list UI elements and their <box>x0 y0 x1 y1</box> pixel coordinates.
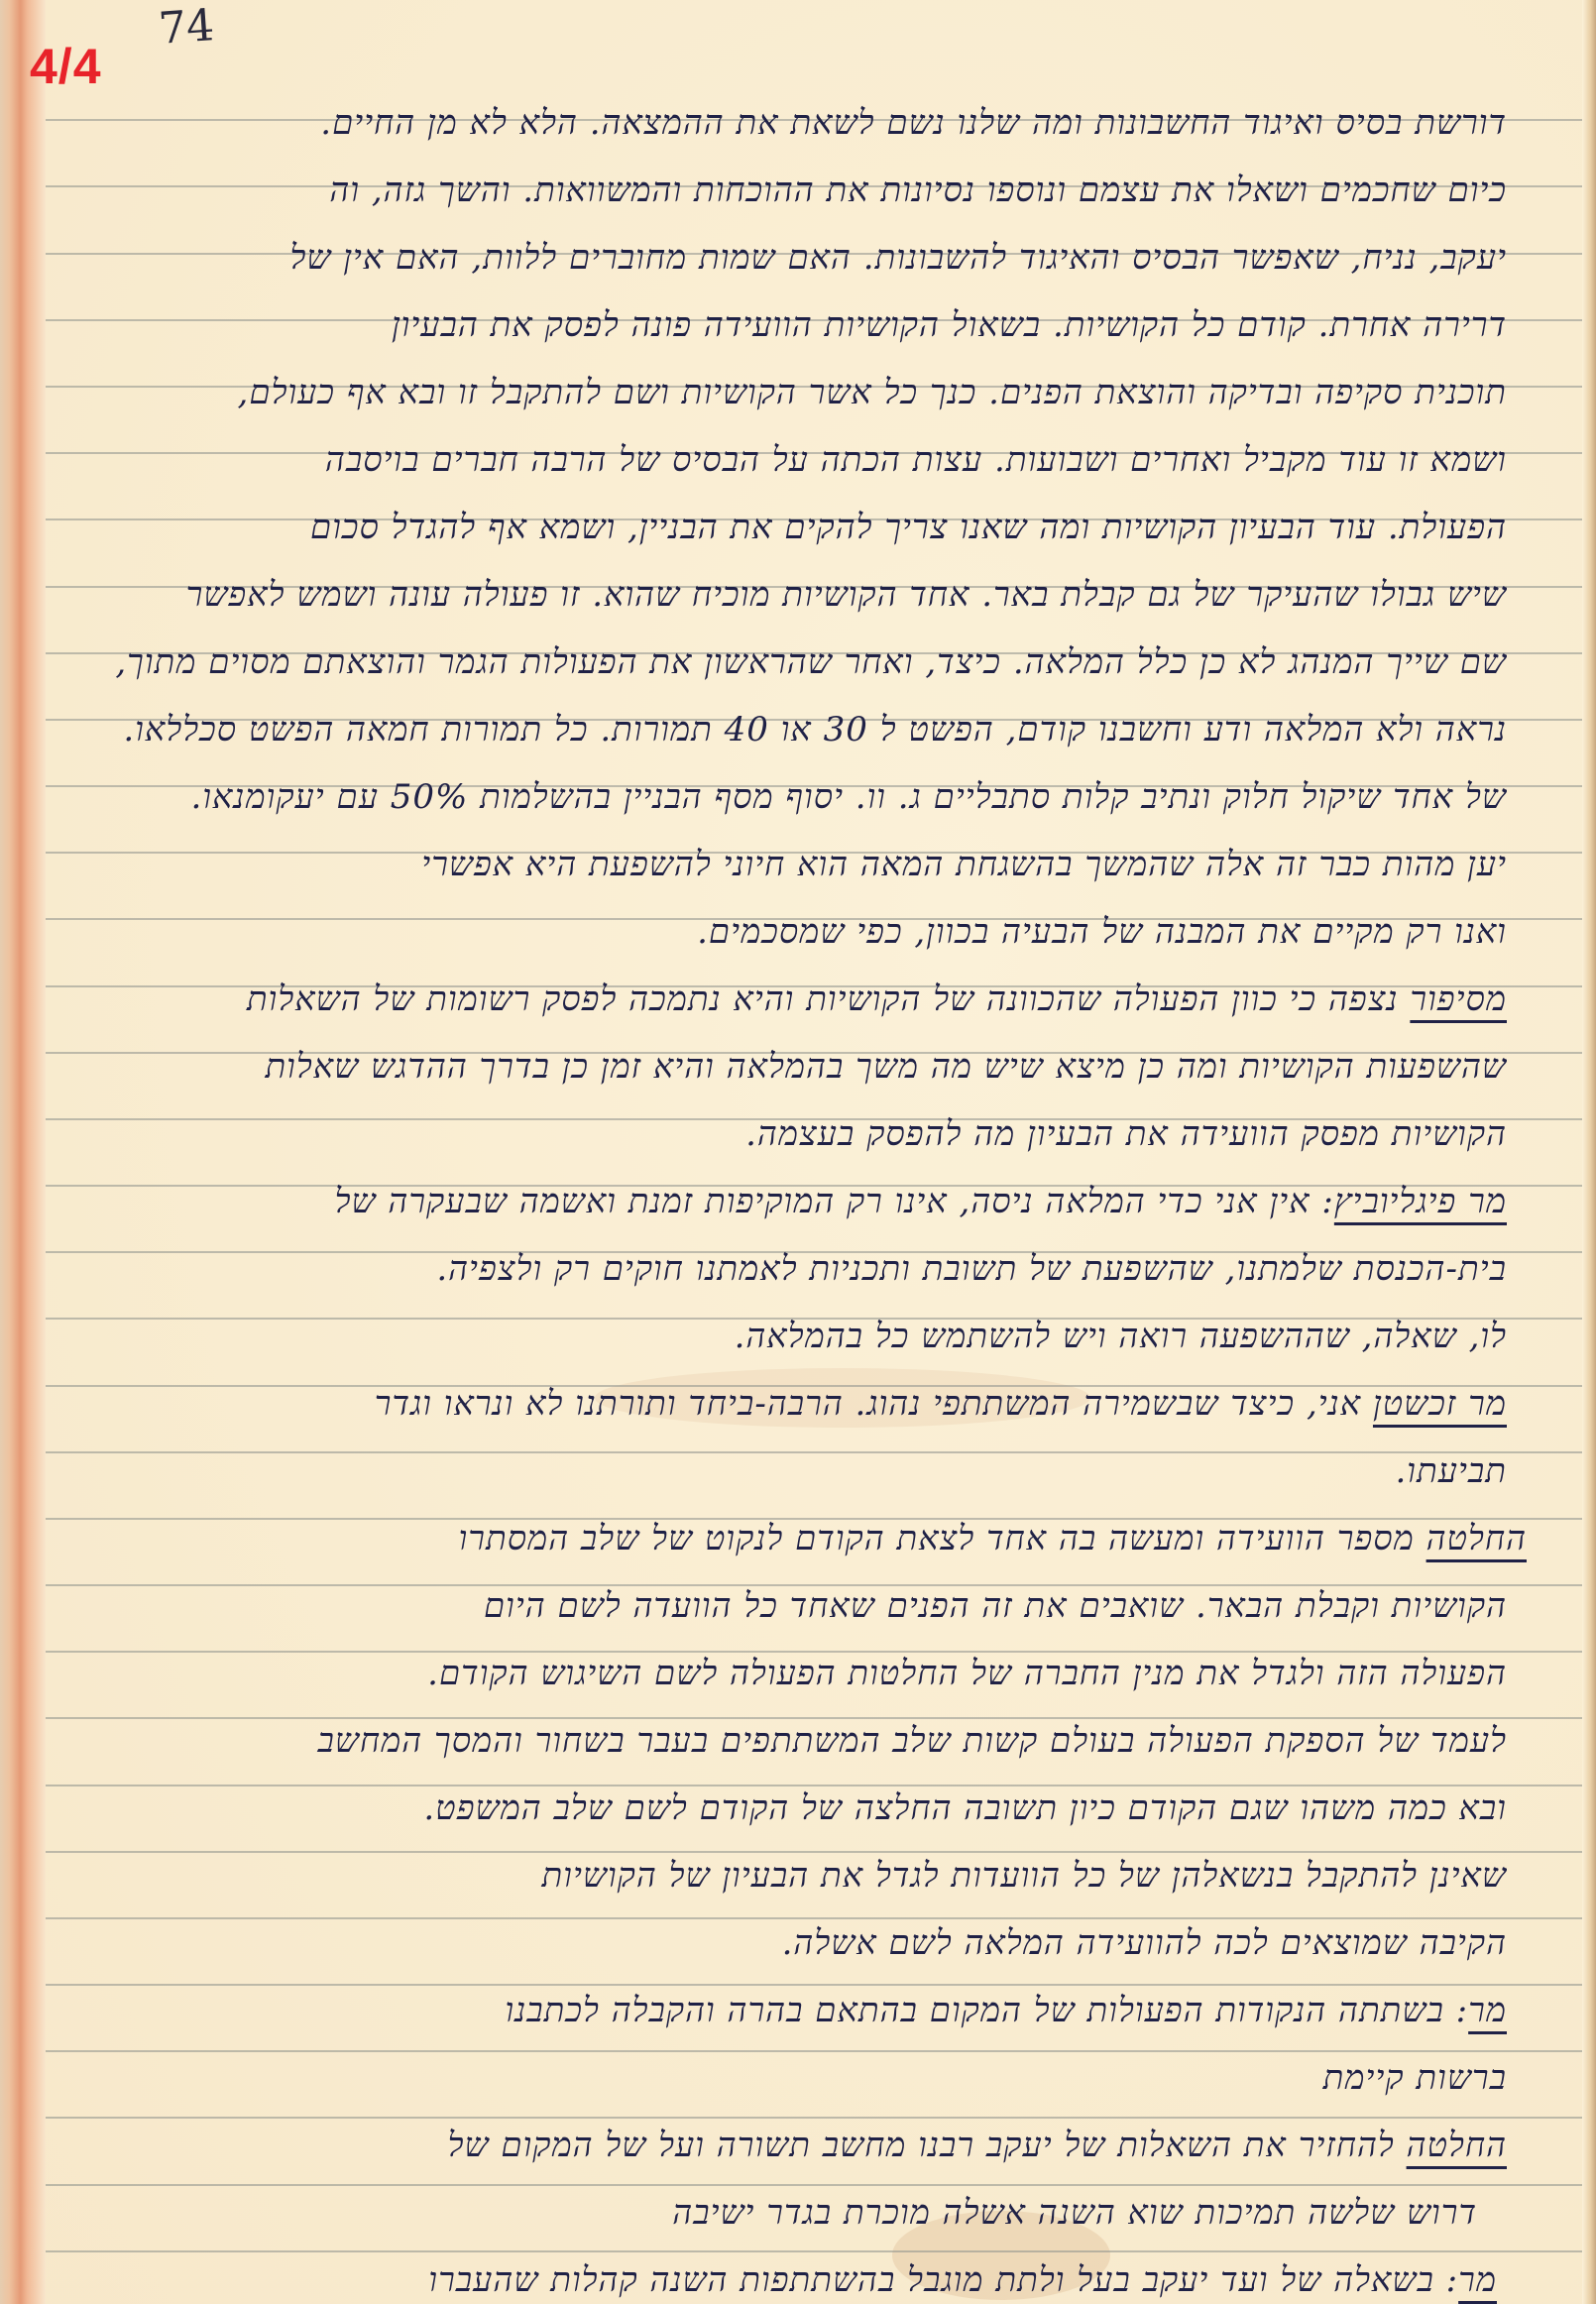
line-text: בית-הכנסת שלמתנו, שהשפעת של תשובת ותכניו… <box>436 1249 1507 1289</box>
line-text: נצפה כי כוון הפעולה שהכוונה של הקושיות ו… <box>247 979 1410 1019</box>
line-text: דורשת בסיס ואיגוד החשבונות ומה שלנו נשם … <box>320 103 1507 143</box>
line-text: להחזיר את השאלות של יעקב רבנו מחשב תשורה… <box>448 2126 1407 2165</box>
handwritten-line: דרירה אחרת. קודם כל הקושיות. בשאול הקושי… <box>69 301 1507 349</box>
line-text: הקושיות וקבלת הבאר. שואבים את זה הפנים ש… <box>484 1586 1507 1626</box>
line-text: : אין אני כדי המלאה ניסה, אינו רק המוקיפ… <box>335 1182 1334 1221</box>
line-text: לעמד של הספקת הפעולה בעולם קשות שלב המשת… <box>318 1721 1507 1761</box>
line-text: שאינן להתקבל בנשאלהן של כל הוועדות לגדל … <box>542 1856 1507 1896</box>
ruled-line <box>46 2050 1582 2052</box>
handwritten-line: ואנו רק מקיים את המבנה של הבעיה בכוון, כ… <box>377 908 1507 956</box>
line-text: דרוש שלשה תמיכות שוא השנה אשלה מוכרת בגד… <box>672 2193 1477 2233</box>
handwritten-line: מר פיגליוביץ: אין אני כדי המלאה ניסה, אי… <box>99 1178 1507 1225</box>
line-text: תוכנית סקיפה ובדיקה והוצאת הפנים. כנך כל… <box>238 373 1507 412</box>
underlined-speaker-label: מר זכשטן <box>1373 1384 1507 1424</box>
notebook-page: 4/4 74 דורשת בסיס ואיגוד החשבונות ומה של… <box>0 0 1596 2304</box>
handwritten-line: ברשות קיימת <box>1071 2054 1507 2102</box>
line-text: יעקב, נניח, שאפשר הבסיס והאיגוד להשבונות… <box>289 238 1507 278</box>
line-text: ושמא זו עוד מקביל ואחרים ושבועות. עצות ה… <box>325 440 1507 480</box>
line-text: תביעתו. <box>1395 1451 1507 1491</box>
underlined-speaker-label: החלטה <box>1426 1519 1527 1558</box>
underlined-speaker-label: מר <box>1468 1991 1507 2030</box>
line-text: כיום שחכמים ושאלו את עצמם ונוספו נסיונות… <box>329 171 1507 210</box>
handwritten-line: הפעולת. עוד הבעיון הקושיות ומה שאנו צריך… <box>69 504 1507 551</box>
line-text: הפעולת. עוד הבעיון הקושיות ומה שאנו צריך… <box>310 508 1507 547</box>
handwritten-line: החלטה להחזיר את השאלות של יעקב רבנו מחשב… <box>40 2122 1507 2169</box>
line-text: ובא כמה משהו שגם הקודם כיון תשובה החלצה … <box>423 1788 1507 1828</box>
handwritten-line: שאינן להתקבל בנשאלהן של כל הוועדות לגדל … <box>178 1852 1507 1900</box>
handwritten-line: מסיפור נצפה כי כוון הפעולה שהכוונה של הק… <box>69 976 1507 1023</box>
line-text: הקיבה שמוצאים לכה להוועידה המלאה לשם אשל… <box>782 1923 1507 1963</box>
line-text: שם שייך המנהג לא כן כלל המלאה. כיצד, ואח… <box>115 642 1507 682</box>
handwritten-line: דרוש שלשה תמיכות שוא השנה אשלה מוכרת בגד… <box>525 2189 1477 2237</box>
handwritten-line: בית-הכנסת שלמתנו, שהשפעת של תשובת ותכניו… <box>188 1245 1507 1293</box>
handwritten-line: תביעתו. <box>1348 1447 1507 1495</box>
ruled-line <box>46 2250 1582 2252</box>
line-text: נראה ולא המלאה ודע וחשבנו קודם, הפשט ל 3… <box>123 710 1507 749</box>
handwritten-line: נראה ולא המלאה ודע וחשבנו קודם, הפשט ל 3… <box>69 706 1507 753</box>
handwritten-line: מר: בשתתה הנקודות הפעולות של המקום בהתאם… <box>139 1987 1507 2034</box>
underlined-speaker-label: החלטה <box>1407 2126 1507 2165</box>
handwritten-line: הקושיות וקבלת הבאר. שואבים את זה הפנים ש… <box>69 1582 1507 1630</box>
line-text: שיש גבולו שהעיקר של גם קבלת באר. אחד הקו… <box>186 575 1507 615</box>
handwritten-line: מר: בשאלה של ועד יעקב בעל ולתת מוגבל בהש… <box>159 2256 1497 2304</box>
handwritten-line: החלטה מספר הוועידה ומעשה בה אחד לצאת הקו… <box>40 1515 1527 1562</box>
underlined-speaker-label: מסיפור <box>1410 979 1507 1019</box>
line-text: אני, כיצד שבשמירה המשתתפי נהוג. הרבה-ביח… <box>375 1384 1373 1424</box>
handwritten-line: דורשת בסיס ואיגוד החשבונות ומה שלנו נשם … <box>149 99 1507 147</box>
handwritten-line: לו, שאלה, שההשפעה רואה ויש להשתמש כל בהמ… <box>357 1313 1507 1360</box>
handwritten-line: שם שייך המנהג לא כן כלל המלאה. כיצד, ואח… <box>69 638 1507 686</box>
line-text: ברשות קיימת <box>1323 2058 1507 2098</box>
line-text: מספר הוועידה ומעשה בה אחד לצאת הקודם לנק… <box>459 1519 1426 1558</box>
page-margin-binding <box>0 0 46 2304</box>
line-text: : בשתתה הנקודות הפעולות של המקום בהתאם ב… <box>506 1991 1469 2030</box>
line-text: דרירה אחרת. קודם כל הקושיות. בשאול הקושי… <box>392 305 1507 345</box>
underlined-speaker-label: מר <box>1458 2260 1497 2300</box>
line-text: יען מהות כבר זה אלה שהמשך בהשגחת המאה הו… <box>421 845 1507 884</box>
handwritten-line: הפעולה הזה ולגדל את מנין החברה של החלטות… <box>69 1650 1507 1697</box>
line-text: הקושיות מפסק הוועידה את הבעיון מה להפסק … <box>745 1114 1507 1154</box>
line-text: : בשאלה של ועד יעקב בעל ולתת מוגבל בהשתת… <box>428 2260 1458 2300</box>
handwritten-line: כיום שחכמים ושאלו את עצמם ונוספו נסיונות… <box>69 167 1507 214</box>
handwritten-line: הקושיות מפסק הוועידה את הבעיון מה להפסק … <box>327 1110 1507 1158</box>
underlined-speaker-label: מר פיגליוביץ <box>1334 1182 1507 1221</box>
line-text: לו, שאלה, שההשפעה רואה ויש להשתמש כל בהמ… <box>735 1317 1507 1356</box>
line-text: ואנו רק מקיים את המבנה של הבעיה בכוון, כ… <box>697 912 1507 952</box>
handwritten-line: תוכנית סקיפה ובדיקה והוצאת הפנים. כנך כל… <box>69 369 1507 416</box>
line-text: של אחד שיקול חלוק ונתיב קלות סתבליים ג. … <box>191 777 1507 817</box>
page-label: 4/4 <box>30 38 102 95</box>
handwritten-line: ובא כמה משהו שגם הקודם כיון תשובה החלצה … <box>89 1785 1507 1832</box>
handwritten-line: לעמד של הספקת הפעולה בעולם קשות שלב המשת… <box>69 1717 1507 1765</box>
handwritten-line: מר זכשטן אני, כיצד שבשמירה המשתתפי נהוג.… <box>79 1380 1507 1428</box>
handwritten-line: יען מהות כבר זה אלה שהמשך בהשגחת המאה הו… <box>178 841 1507 888</box>
handwritten-line: יעקב, נניח, שאפשר הבסיס והאיגוד להשבונות… <box>69 234 1507 282</box>
handwritten-line: שהשפעות הקושיות ומה כן מיצא שיש מה משך ב… <box>69 1043 1507 1091</box>
handwritten-line: שיש גבולו שהעיקר של גם קבלת באר. אחד הקו… <box>69 571 1507 619</box>
ruled-line <box>46 2184 1582 2186</box>
ruled-line <box>46 2117 1582 2119</box>
handwritten-line: ושמא זו עוד מקביל ואחרים ושבועות. עצות ה… <box>69 436 1507 484</box>
handwritten-line: של אחד שיקול חלוק ונתיב קלות סתבליים ג. … <box>109 773 1507 821</box>
handwritten-page-number: 74 <box>157 0 215 55</box>
line-text: שהשפעות הקושיות ומה כן מיצא שיש מה משך ב… <box>265 1047 1507 1087</box>
ruled-line <box>46 1984 1582 1986</box>
page-right-edge <box>1582 0 1596 2304</box>
line-text: הפעולה הזה ולגדל את מנין החברה של החלטות… <box>427 1654 1507 1693</box>
handwritten-line: הקיבה שמוצאים לכה להוועידה המלאה לשם אשל… <box>397 1919 1507 1967</box>
